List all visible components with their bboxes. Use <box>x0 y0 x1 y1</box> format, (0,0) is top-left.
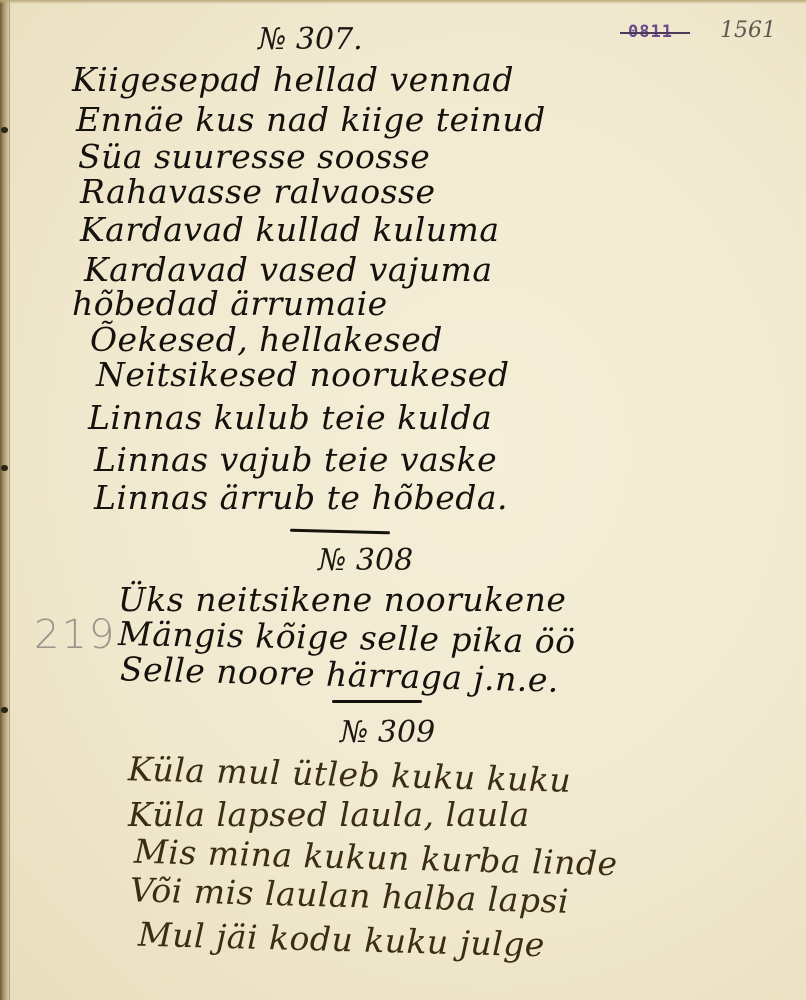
song-line: Kiigesepad hellad vennad <box>72 60 514 99</box>
stamp-strikethrough <box>620 32 690 34</box>
binding-hole <box>1 465 8 471</box>
margin-pencil-number: 219 <box>34 612 116 658</box>
song-line: Neitsikesed noorukesed <box>96 355 509 394</box>
song-number-307: № 307. <box>258 22 363 57</box>
song-line: Õekesed, hellakesed <box>90 320 443 359</box>
song-line: Kardavad kullad kuluma <box>80 210 500 249</box>
song-line: Süa suuresse soosse <box>78 137 430 176</box>
song-line: Küla lapsed laula, laula <box>128 795 530 834</box>
song-line: Linnas ärrub te hõbeda. <box>94 478 508 517</box>
binding-hole <box>1 127 8 133</box>
song-number-308: № 308 <box>318 543 413 578</box>
song-line: Rahavasse ralvaosse <box>80 172 436 211</box>
song-line: hõbedad ärrumaie <box>72 284 388 323</box>
song-line: Ennäe kus nad kiige teinud <box>76 100 546 139</box>
page-binding-edge <box>0 0 9 1000</box>
binding-fold-line <box>9 0 10 1000</box>
song-number-309: № 309 <box>340 715 435 750</box>
manuscript-page: 0811 1561 219 № 307. Kiigesepad hellad v… <box>0 0 806 1000</box>
section-divider <box>332 700 422 703</box>
pencil-page-number: 1561 <box>720 18 776 43</box>
section-divider <box>290 529 390 535</box>
archive-stamp: 0811 <box>628 22 673 42</box>
song-line: Üks neitsikene noorukene <box>118 580 566 619</box>
song-line: Linnas vajub teie vaske <box>94 440 497 479</box>
song-line: Mul jäi kodu kuku julge <box>138 915 546 965</box>
song-line: Küla mul ütleb kuku kuku <box>128 749 572 800</box>
binding-hole <box>1 707 8 713</box>
song-line: Linnas kulub teie kulda <box>88 398 492 437</box>
